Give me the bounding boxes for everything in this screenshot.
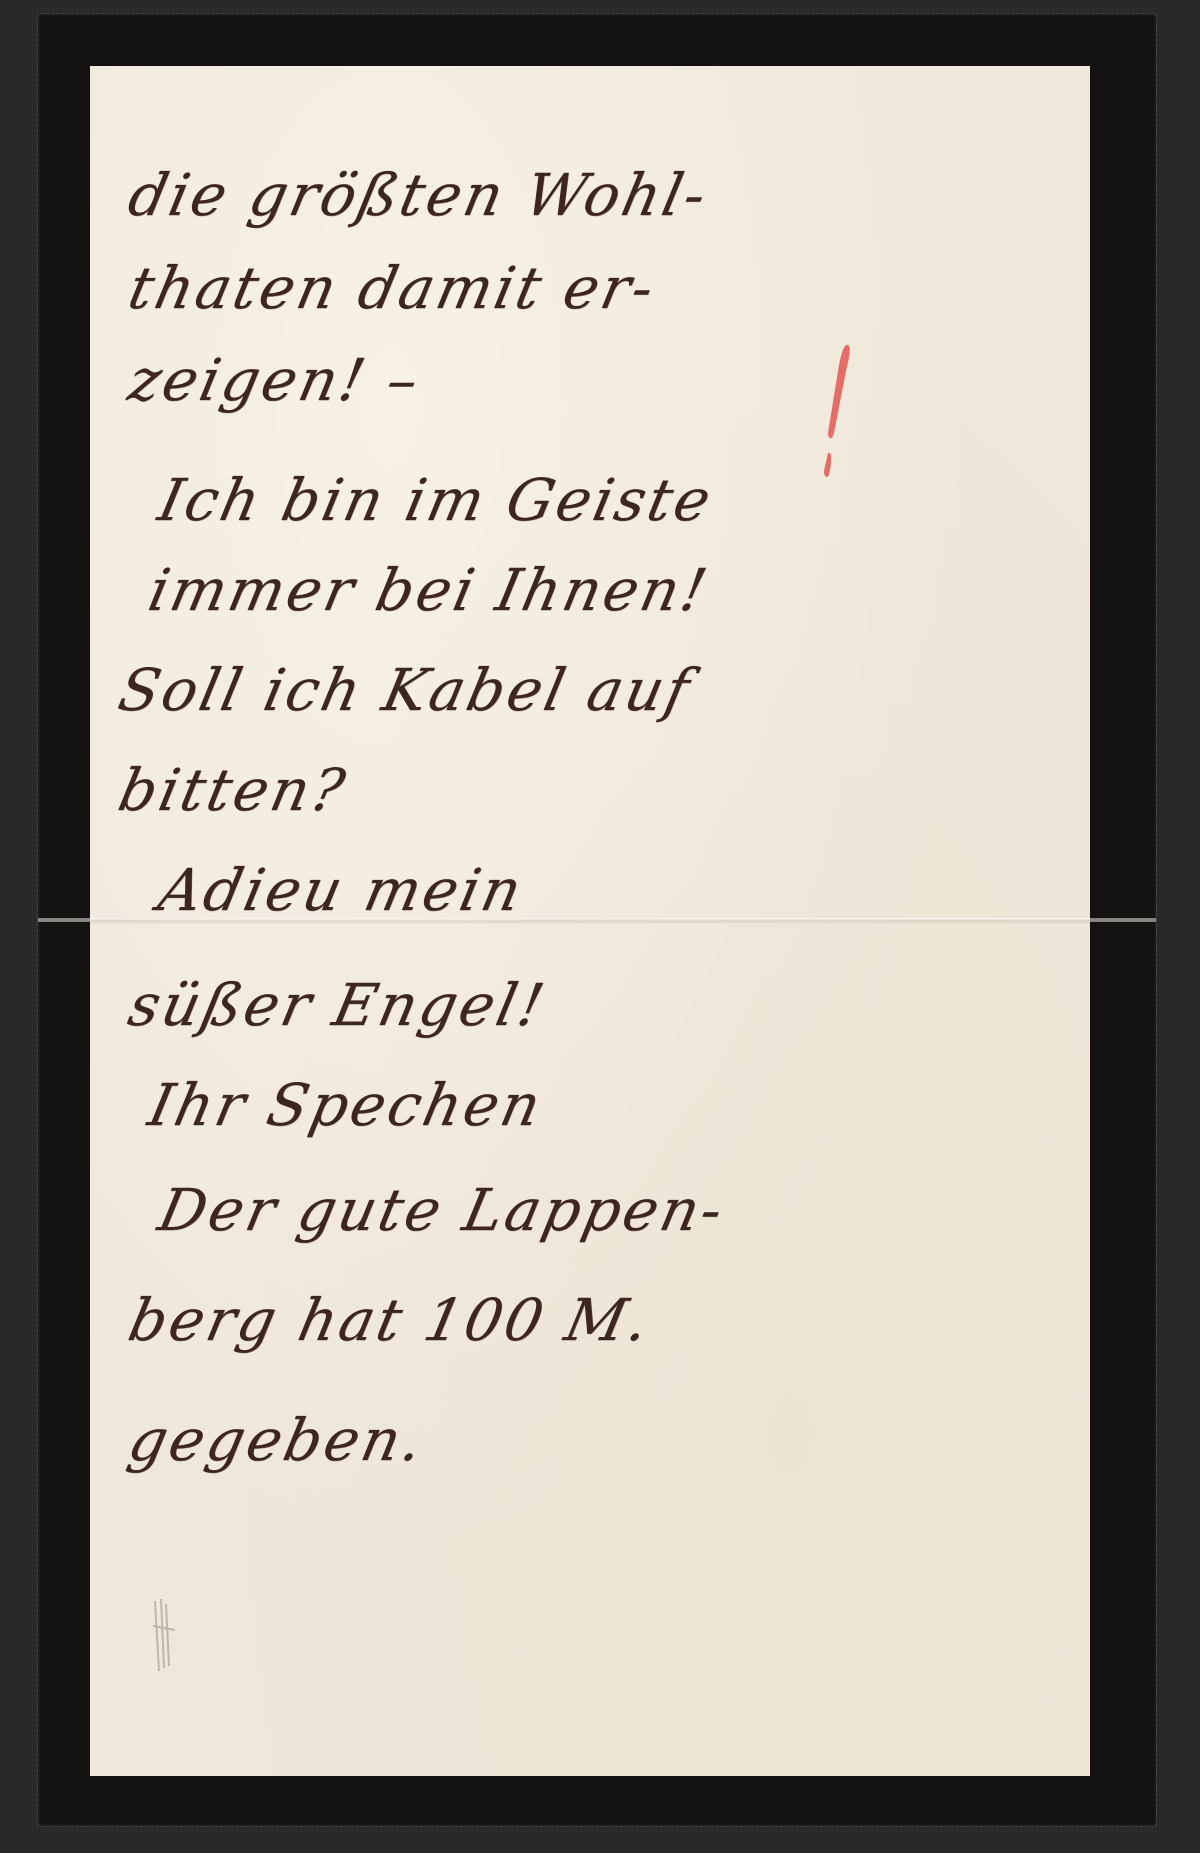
- letter-line-2: thaten damit er-: [123, 254, 663, 322]
- letter-line-13: gegeben.: [123, 1406, 432, 1474]
- letter-line-3: zeigen! –: [123, 346, 427, 414]
- letter-line-7: bitten?: [113, 756, 354, 824]
- fold-edge-left: [38, 918, 90, 922]
- pencil-smudge: [145, 1596, 185, 1676]
- letter-line-10: Ihr Spechen: [143, 1071, 550, 1139]
- fold-edge-right: [1090, 918, 1156, 922]
- letter-line-12: berg hat 100 M.: [123, 1286, 658, 1354]
- letter-line-8: Adieu mein: [153, 856, 530, 924]
- letter-line-4: Ich bin im Geiste: [153, 466, 720, 534]
- red-exclamation-annotation: [818, 341, 858, 481]
- letter-body: die größten Wohl- thaten damit er- zeige…: [90, 66, 1090, 1776]
- letter-line-5: immer bei Ihnen!: [143, 556, 716, 624]
- letter-line-11: Der gute Lappen-: [153, 1176, 732, 1244]
- letter-page: die größten Wohl- thaten damit er- zeige…: [90, 66, 1090, 1776]
- letter-line-1: die größten Wohl-: [123, 161, 715, 229]
- letter-line-9: süßer Engel!: [123, 971, 553, 1039]
- letter-line-6: Soll ich Kabel auf: [113, 656, 698, 724]
